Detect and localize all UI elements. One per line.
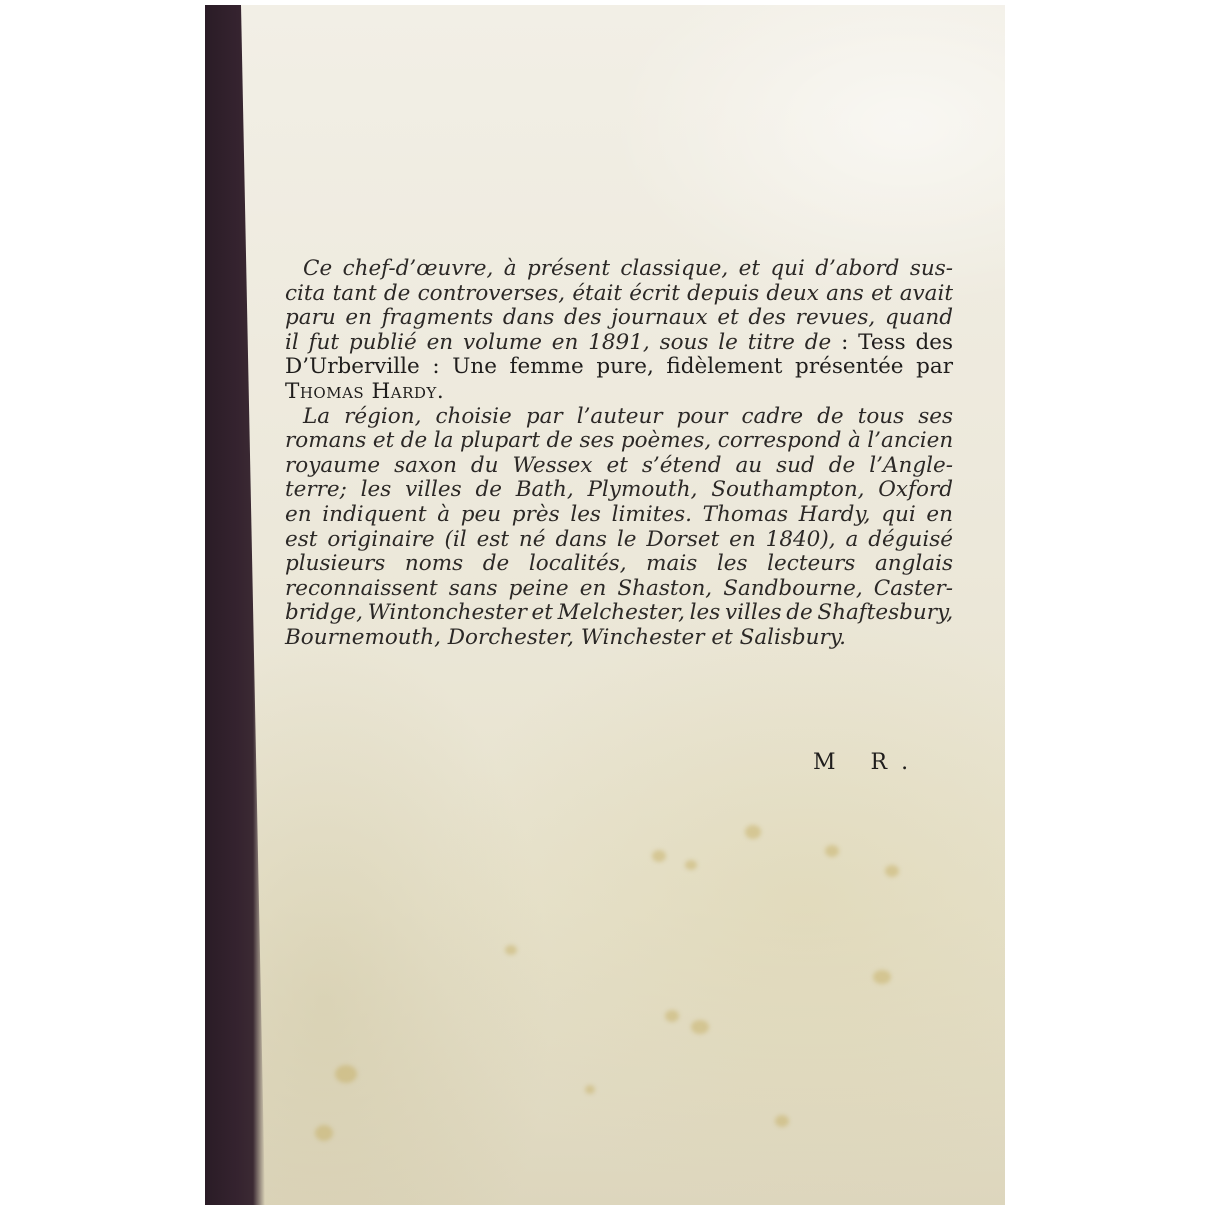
text-italic: Ce chef-d’œuvre, à présent classique, et… <box>303 256 953 281</box>
foxing-spot <box>825 845 839 857</box>
foxing-spot <box>885 865 899 877</box>
text-roman: D’Urberville : Une femme pure, fidèlemen… <box>285 354 953 379</box>
text-line: reconnaissent sans peine en Shaston, San… <box>285 577 953 602</box>
foxing-spot <box>665 1010 679 1022</box>
paragraph-1: Ce chef-d’œuvre, à présent classique, et… <box>285 257 953 405</box>
text-line: en indiquent à peu près les limites. Tho… <box>285 503 953 528</box>
text-line: il fut publié en volume en 1891, sous le… <box>285 331 953 356</box>
text-line: est originaire (il est né dans le Dorset… <box>285 528 953 553</box>
foxing-spot <box>691 1020 709 1034</box>
foxing-spot <box>585 1085 595 1094</box>
text-line: Bournemouth, Dorchester, Winchester et S… <box>285 626 953 651</box>
foxing-spot <box>775 1115 789 1127</box>
text-line: Ce chef-d’œuvre, à présent classique, et… <box>285 257 953 282</box>
text-italic: paru en fragments dans des journaux et d… <box>285 305 953 330</box>
text-roman: : Tess des <box>831 330 953 355</box>
text-line: royaume saxon du Wessex et s’étend au su… <box>285 454 953 479</box>
text-line: romans et de la plupart de ses poèmes, c… <box>285 429 953 454</box>
signature-initials: M R. <box>813 750 922 775</box>
text-line: terre; les villes de Bath, Plymouth, Sou… <box>285 478 953 503</box>
foxing-spot <box>873 970 891 984</box>
text-line: La région, choisie par l’auteur pour cad… <box>285 405 953 430</box>
text-italic: cita tant de controverses, était écrit d… <box>285 281 953 306</box>
author-name: Thomas Hardy. <box>285 380 953 405</box>
foxing-spot <box>315 1125 333 1141</box>
text-line: D’Urberville : Une femme pure, fidèlemen… <box>285 355 953 380</box>
foxing-spot <box>505 945 517 955</box>
book-page-photo: Ce chef-d’œuvre, à présent classique, et… <box>205 5 1005 1205</box>
text-line: bridge, Wintonchester et Melchester, les… <box>285 601 953 626</box>
foxing-spot <box>652 850 666 862</box>
text-line: paru en fragments dans des journaux et d… <box>285 306 953 331</box>
book-spine-shadow <box>205 5 265 1205</box>
foxing-spot <box>685 860 697 870</box>
page-text: Ce chef-d’œuvre, à présent classique, et… <box>285 257 953 651</box>
foxing-spot <box>745 825 761 839</box>
paragraph-2: La région, choisie par l’auteur pour cad… <box>285 405 953 651</box>
text-line: cita tant de controverses, était écrit d… <box>285 282 953 307</box>
text-line: plusieurs noms de localités, mais les le… <box>285 552 953 577</box>
text-italic: il fut publié en volume en 1891, sous le… <box>285 330 831 355</box>
foxing-spot <box>335 1065 357 1083</box>
